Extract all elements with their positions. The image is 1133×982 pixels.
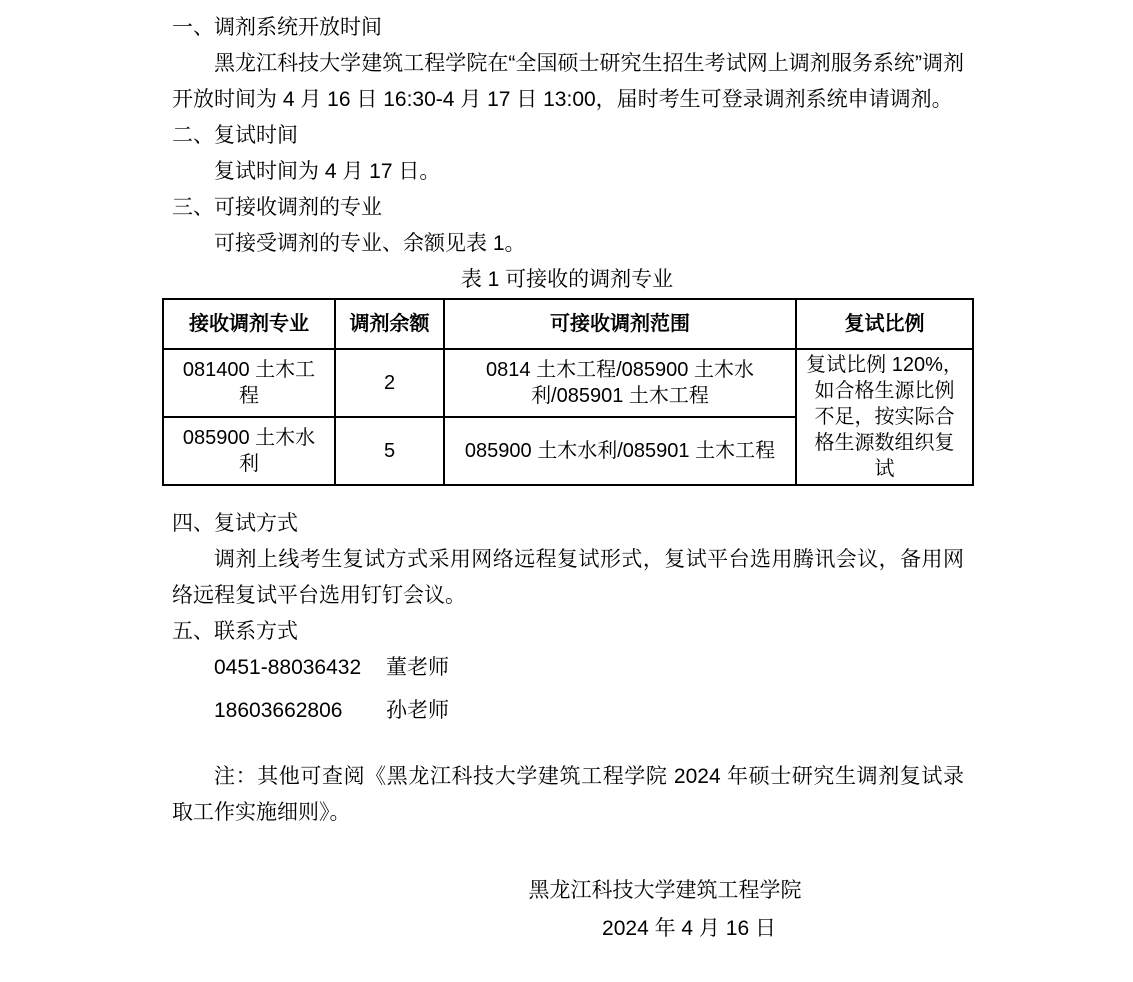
section-1-heading: 一、调剂系统开放时间 [172,10,964,46]
section-1-paragraph: 黑龙江科技大学建筑工程学院在“全国硕士研究生招生考试网上调剂服务系统”调剂开放时… [172,46,964,118]
table-header-row: 接收调剂专业 调剂余额 可接收调剂范围 复试比例 [163,299,973,349]
contact-name: 董老师 [386,656,449,679]
contact-line: 18603662806孙老师 [172,693,964,729]
row1-range: 0814 土木工程/085900 土木水利/085901 土木工程 [444,349,796,417]
signature-org: 黑龙江科技大学建筑工程学院 [269,873,1061,909]
col-header-range: 可接收调剂范围 [444,299,796,349]
row1-quota: 2 [335,349,444,417]
contact-line: 0451-88036432董老师 [172,650,964,686]
section-3-paragraph: 可接受调剂的专业、余额见表 1。 [172,226,964,262]
section-2-heading: 二、复试时间 [172,118,964,154]
document-content: 一、调剂系统开放时间 黑龙江科技大学建筑工程学院在“全国硕士研究生招生考试网上调… [172,10,964,947]
section-5-heading: 五、联系方式 [172,614,964,650]
row2-quota: 5 [335,417,444,485]
contact-name: 孙老师 [386,699,449,722]
col-header-quota: 调剂余额 [335,299,444,349]
document-page: 一、调剂系统开放时间 黑龙江科技大学建筑工程学院在“全国硕士研究生招生考试网上调… [0,0,1133,982]
section-4-paragraph: 调剂上线考生复试方式采用网络远程复试形式，复试平台选用腾讯会议，备用网络远程复试… [172,542,964,614]
row1-major: 081400 土木工程 [163,349,335,417]
signature-date: 2024 年 4 月 16 日 [293,911,1085,947]
col-header-ratio: 复试比例 [796,299,973,349]
section-4-heading: 四、复试方式 [172,506,964,542]
ratio-note-cell: 复试比例 120%，如合格生源比例不足，按实际合格生源数组织复试 [796,349,973,485]
contact-phone: 18603662806 [214,693,386,729]
contact-phone: 0451-88036432 [214,650,386,686]
section-2-paragraph: 复试时间为 4 月 17 日。 [172,154,964,190]
section-3-heading: 三、可接收调剂的专业 [172,190,964,226]
row2-major: 085900 土木水利 [163,417,335,485]
note-paragraph: 注：其他可查阅《黑龙江科技大学建筑工程学院 2024 年硕士研究生调剂复试录取工… [172,759,964,831]
table-row: 081400 土木工程 2 0814 土木工程/085900 土木水利/0859… [163,349,973,417]
row2-range: 085900 土木水利/085901 土木工程 [444,417,796,485]
table-caption: 表 1 可接收的调剂专业 [162,264,972,296]
adjustment-majors-table: 接收调剂专业 调剂余额 可接收调剂范围 复试比例 081400 土木工程 2 0… [162,298,974,486]
col-header-major: 接收调剂专业 [163,299,335,349]
